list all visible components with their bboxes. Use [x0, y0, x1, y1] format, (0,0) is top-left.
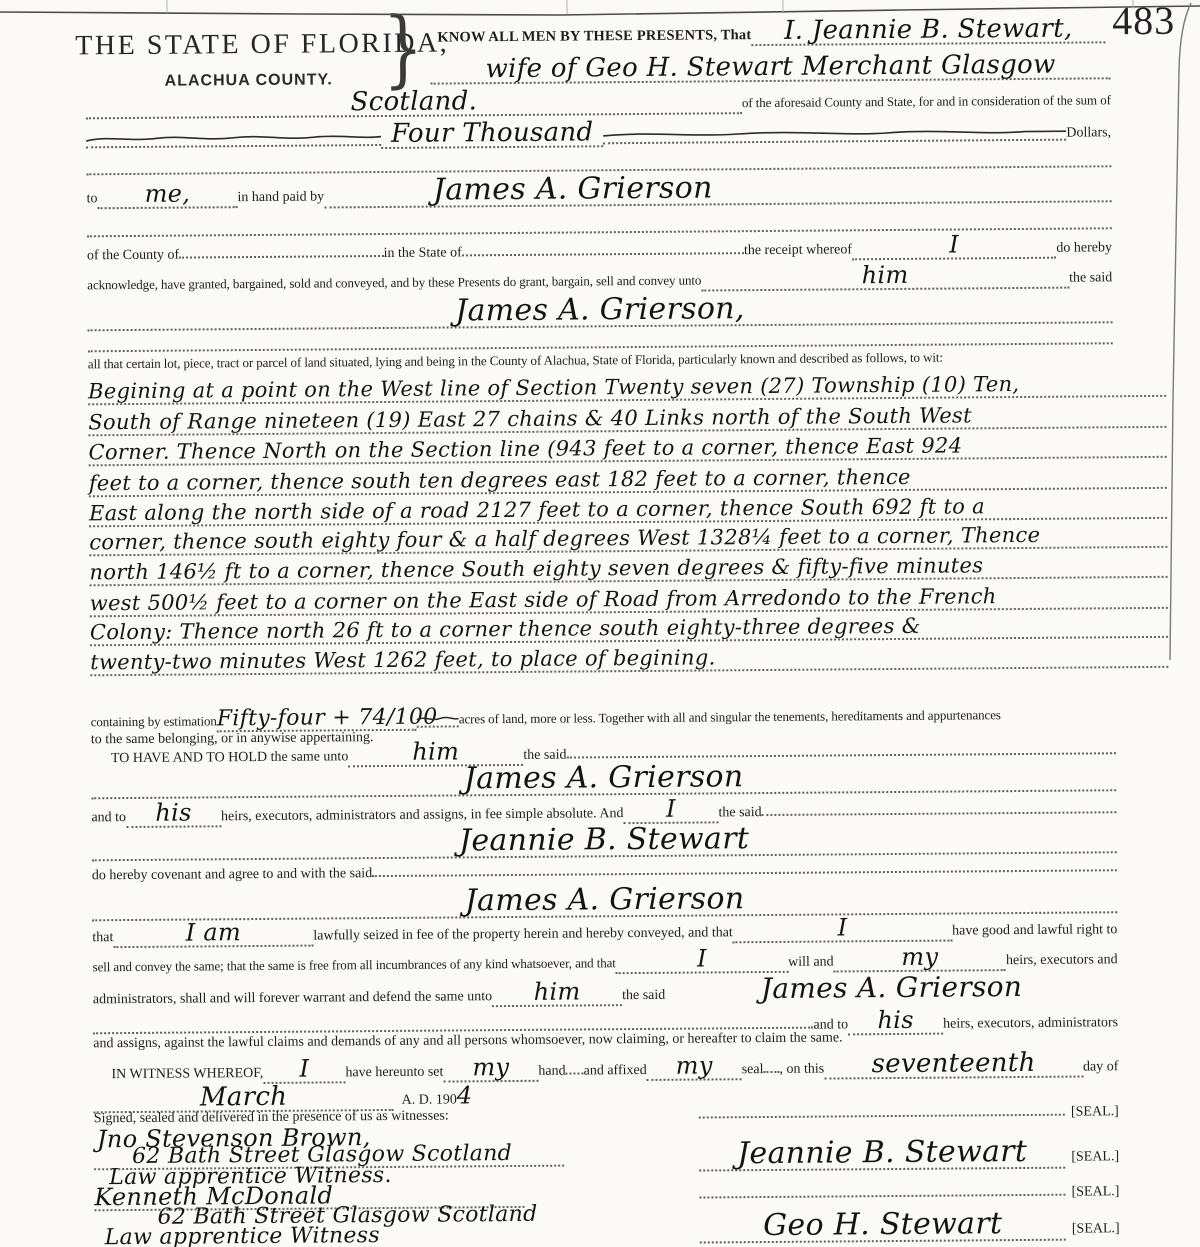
description-text: twenty-two minutes West 1262 feet, to pl…	[90, 647, 715, 674]
month-value: March	[200, 1082, 288, 1113]
signature-blank-field	[699, 1114, 1065, 1119]
heirs2-label: heirs, executors and	[1006, 952, 1118, 969]
grantor-origin: Scotland.	[350, 86, 477, 117]
covenant-row: do hereby covenant and agree to and with…	[92, 860, 1117, 884]
i-am-value: I am	[186, 918, 242, 946]
seal-row: Geo H. Stewart [SEAL.]	[700, 1208, 1120, 1243]
my1-value: my	[472, 1053, 509, 1081]
seal-row: Jeannie B. Stewart [SEAL.]	[699, 1136, 1119, 1171]
seal-label: [SEAL.]	[1072, 1184, 1120, 1200]
his-value: his	[155, 799, 192, 827]
deed-sheet: THE STATE OF FLORIDA, ALACHUA COUNTY. } …	[0, 0, 1200, 1247]
grantor-center-field: Jeannie B. Stewart	[92, 821, 1117, 861]
his-field: his	[126, 800, 221, 828]
ad-label: A. D. 190	[402, 1092, 457, 1108]
covenant-grantee-signature: James A. Grierson	[465, 881, 745, 918]
heirs3-label: heirs, executors, administrators	[943, 1015, 1118, 1032]
acknowledge-label: acknowledge, have granted, bargained, so…	[87, 273, 701, 294]
warranty-i-value: I	[697, 944, 707, 972]
state-of-label: in the State of	[384, 245, 462, 262]
him-field: him	[492, 979, 622, 1007]
that-label: that	[92, 930, 113, 946]
seisin-i-value: I	[837, 913, 847, 941]
know-all-row: KNOW ALL MEN BY THESE PRESENTS, That I. …	[437, 15, 1105, 48]
warranty-row-2: administrators, shall and will forever w…	[93, 972, 1118, 1010]
admin-label: administrators, shall and will forever w…	[93, 989, 492, 1008]
gap-fill	[566, 1072, 584, 1074]
receipt-value: I	[949, 230, 959, 258]
day-of-label: day of	[1083, 1059, 1119, 1075]
state-fill	[462, 252, 744, 256]
affixed-label: and affixed	[584, 1063, 647, 1079]
on-this-label: , on this	[779, 1062, 824, 1078]
seal-label: [SEAL.]	[1072, 1221, 1120, 1237]
warranty-grantee-field: James A. Grierson	[665, 972, 1118, 1004]
containing-label: containing by estimation	[91, 713, 217, 730]
acreage-value: Fifty-four + 74/100	[217, 705, 438, 732]
containing-after-label: acres of land, more or less. Together wi…	[459, 707, 1001, 727]
seal-label: [SEAL.]	[1071, 1104, 1119, 1120]
sell-label: sell and convey the same; that the same …	[93, 955, 616, 975]
warranty-said-label: the said	[622, 988, 665, 1004]
to-label: to	[87, 191, 98, 207]
signature-geo: Geo H. Stewart	[763, 1206, 1002, 1243]
containing-row: containing by estimation Fifty-four + 74…	[91, 701, 1116, 733]
grantor-line2: wife of Geo H. Stewart Merchant Glasgow	[485, 50, 1055, 84]
grantee-field: James A. Grierson,	[87, 291, 1112, 331]
witness-i-value: I	[299, 1055, 309, 1083]
amount-value: Four Thousand	[391, 117, 594, 149]
squiggle-stroke	[417, 711, 459, 723]
dollars-label: Dollars,	[1066, 125, 1111, 141]
i-field: I	[623, 796, 718, 824]
signature-geo-field: Geo H. Stewart	[700, 1209, 1066, 1244]
my-field: my	[834, 944, 1007, 972]
seal-word-label: seal	[742, 1062, 764, 1078]
in-witness-label: IN WITNESS WHEREOF,	[111, 1066, 263, 1083]
grantor-line2-field: wife of Geo H. Stewart Merchant Glasgow	[430, 51, 1110, 84]
seal-label: [SEAL.]	[1071, 1149, 1119, 1165]
unto-value: him	[862, 261, 909, 289]
paid-to-value: me,	[145, 180, 191, 208]
handwritten-line-fill	[417, 711, 459, 727]
grantor-name-field: I. Jeannie B. Stewart,	[751, 15, 1105, 46]
amount-field: Four Thousand	[381, 119, 604, 149]
grantor-center-row: Jeannie B. Stewart	[92, 821, 1117, 861]
empty-fill	[762, 811, 1117, 816]
receipt-label: the receipt whereof	[744, 242, 852, 259]
my2-value: my	[676, 1051, 713, 1079]
my-value: my	[901, 943, 938, 971]
paid-to-field: me,	[97, 181, 237, 209]
my1-field: my	[443, 1055, 538, 1083]
amount-row: Four Thousand Dollars,	[86, 115, 1111, 151]
warranty-i-field: I	[616, 946, 789, 974]
warranty-grantee-signature: James A. Grierson	[761, 970, 1023, 1005]
grantee-center-row: James A. Grierson,	[87, 291, 1112, 331]
grantor-origin-field: Scotland.	[86, 86, 742, 119]
handwritten-line-fill	[603, 124, 1066, 145]
in-witness-row: IN WITNESS WHEREOF, I have hereunto set …	[111, 1049, 1118, 1085]
payee-signature: James A. Grierson	[433, 170, 713, 207]
my2-field: my	[647, 1053, 742, 1081]
signature-blank-field	[699, 1194, 1065, 1199]
year-digit: 4	[457, 1083, 473, 1107]
his2-value: his	[877, 1006, 914, 1034]
witness-i-field: I	[263, 1056, 345, 1084]
habendum-value: him	[412, 737, 459, 765]
habendum-grantee-row: James A. Grierson	[91, 759, 1116, 799]
payee-field: James A. Grierson	[324, 170, 1112, 208]
him-value: him	[534, 977, 581, 1005]
know-all-label: KNOW ALL MEN BY THESE PRESENTS, That	[437, 27, 751, 46]
county-state-row: of the County of in the State of the rec…	[87, 231, 1112, 266]
receipt-field: I	[852, 232, 1057, 261]
gap-fill	[763, 1071, 779, 1073]
county-of-label: of the County of	[87, 248, 179, 265]
the-said-label: the said	[1069, 270, 1112, 286]
date-row: March A. D. 190 4	[94, 1082, 524, 1113]
right-label: have good and lawful right to	[952, 922, 1117, 939]
grantor-line2-row: wife of Geo H. Stewart Merchant Glasgow	[430, 51, 1110, 84]
empty-fill	[566, 752, 1115, 758]
deed-page: THE STATE OF FLORIDA, ALACHUA COUNTY. } …	[0, 0, 1200, 1247]
day-field: seventeenth	[824, 1050, 1083, 1080]
set-label: have hereunto set	[345, 1065, 443, 1082]
squiggle-stroke	[86, 129, 381, 144]
feesimple-said-label: the said	[718, 805, 761, 821]
county-title: ALACHUA COUNTY.	[165, 71, 333, 90]
i-am-field: I am	[113, 920, 313, 949]
seized-label: lawfully seized in fee of the property h…	[313, 925, 733, 944]
handwritten-line-fill	[86, 129, 381, 148]
hand-label: hand	[538, 1064, 565, 1080]
habendum-label: TO HAVE AND TO HOLD the same unto	[111, 749, 348, 767]
seisin-i-field: I	[733, 915, 953, 944]
signature-jeannie-field: Jeannie B. Stewart	[699, 1137, 1065, 1172]
seal-row: [SEAL.]	[699, 1184, 1119, 1203]
habendum-grantee-signature: James A. Grierson	[464, 759, 744, 796]
grantor-signature-center: Jeannie B. Stewart	[459, 821, 749, 858]
empty-fill	[372, 869, 1117, 877]
acknowledge-row: acknowledge, have granted, bargained, so…	[87, 261, 1112, 296]
his2-field: his	[848, 1008, 943, 1036]
brace: }	[383, 9, 424, 89]
grantee-signature: James A. Grierson,	[455, 291, 745, 328]
unto-field: him	[701, 262, 1069, 292]
squiggle-stroke	[603, 124, 1066, 141]
grantor-name: I. Jeannie B. Stewart,	[784, 14, 1073, 46]
do-hereby-label: do hereby	[1056, 240, 1112, 256]
in-hand-label: in hand paid by	[237, 189, 324, 206]
covenant-label: do hereby covenant and agree to and with…	[92, 866, 372, 884]
page-number: 483	[1112, 0, 1175, 44]
will-and-label: will and	[788, 954, 834, 970]
paid-row: to me, in hand paid by James A. Grierson	[86, 170, 1111, 210]
seal-row: [SEAL.]	[699, 1104, 1119, 1123]
witness-role: Law apprentice Witness	[105, 1225, 380, 1247]
blank-rule	[88, 340, 1113, 352]
acreage-field: Fifty-four + 74/100	[217, 707, 417, 733]
day-value: seventeenth	[871, 1048, 1035, 1079]
and-to-label: and to	[91, 810, 126, 826]
signature-jeannie: Jeannie B. Stewart	[737, 1134, 1027, 1171]
aforesaid-label: of the aforesaid County and State, for a…	[742, 92, 1111, 111]
i-value: I	[666, 795, 676, 823]
county-fill	[179, 255, 383, 259]
habendum-grantee-field: James A. Grierson	[91, 759, 1116, 799]
